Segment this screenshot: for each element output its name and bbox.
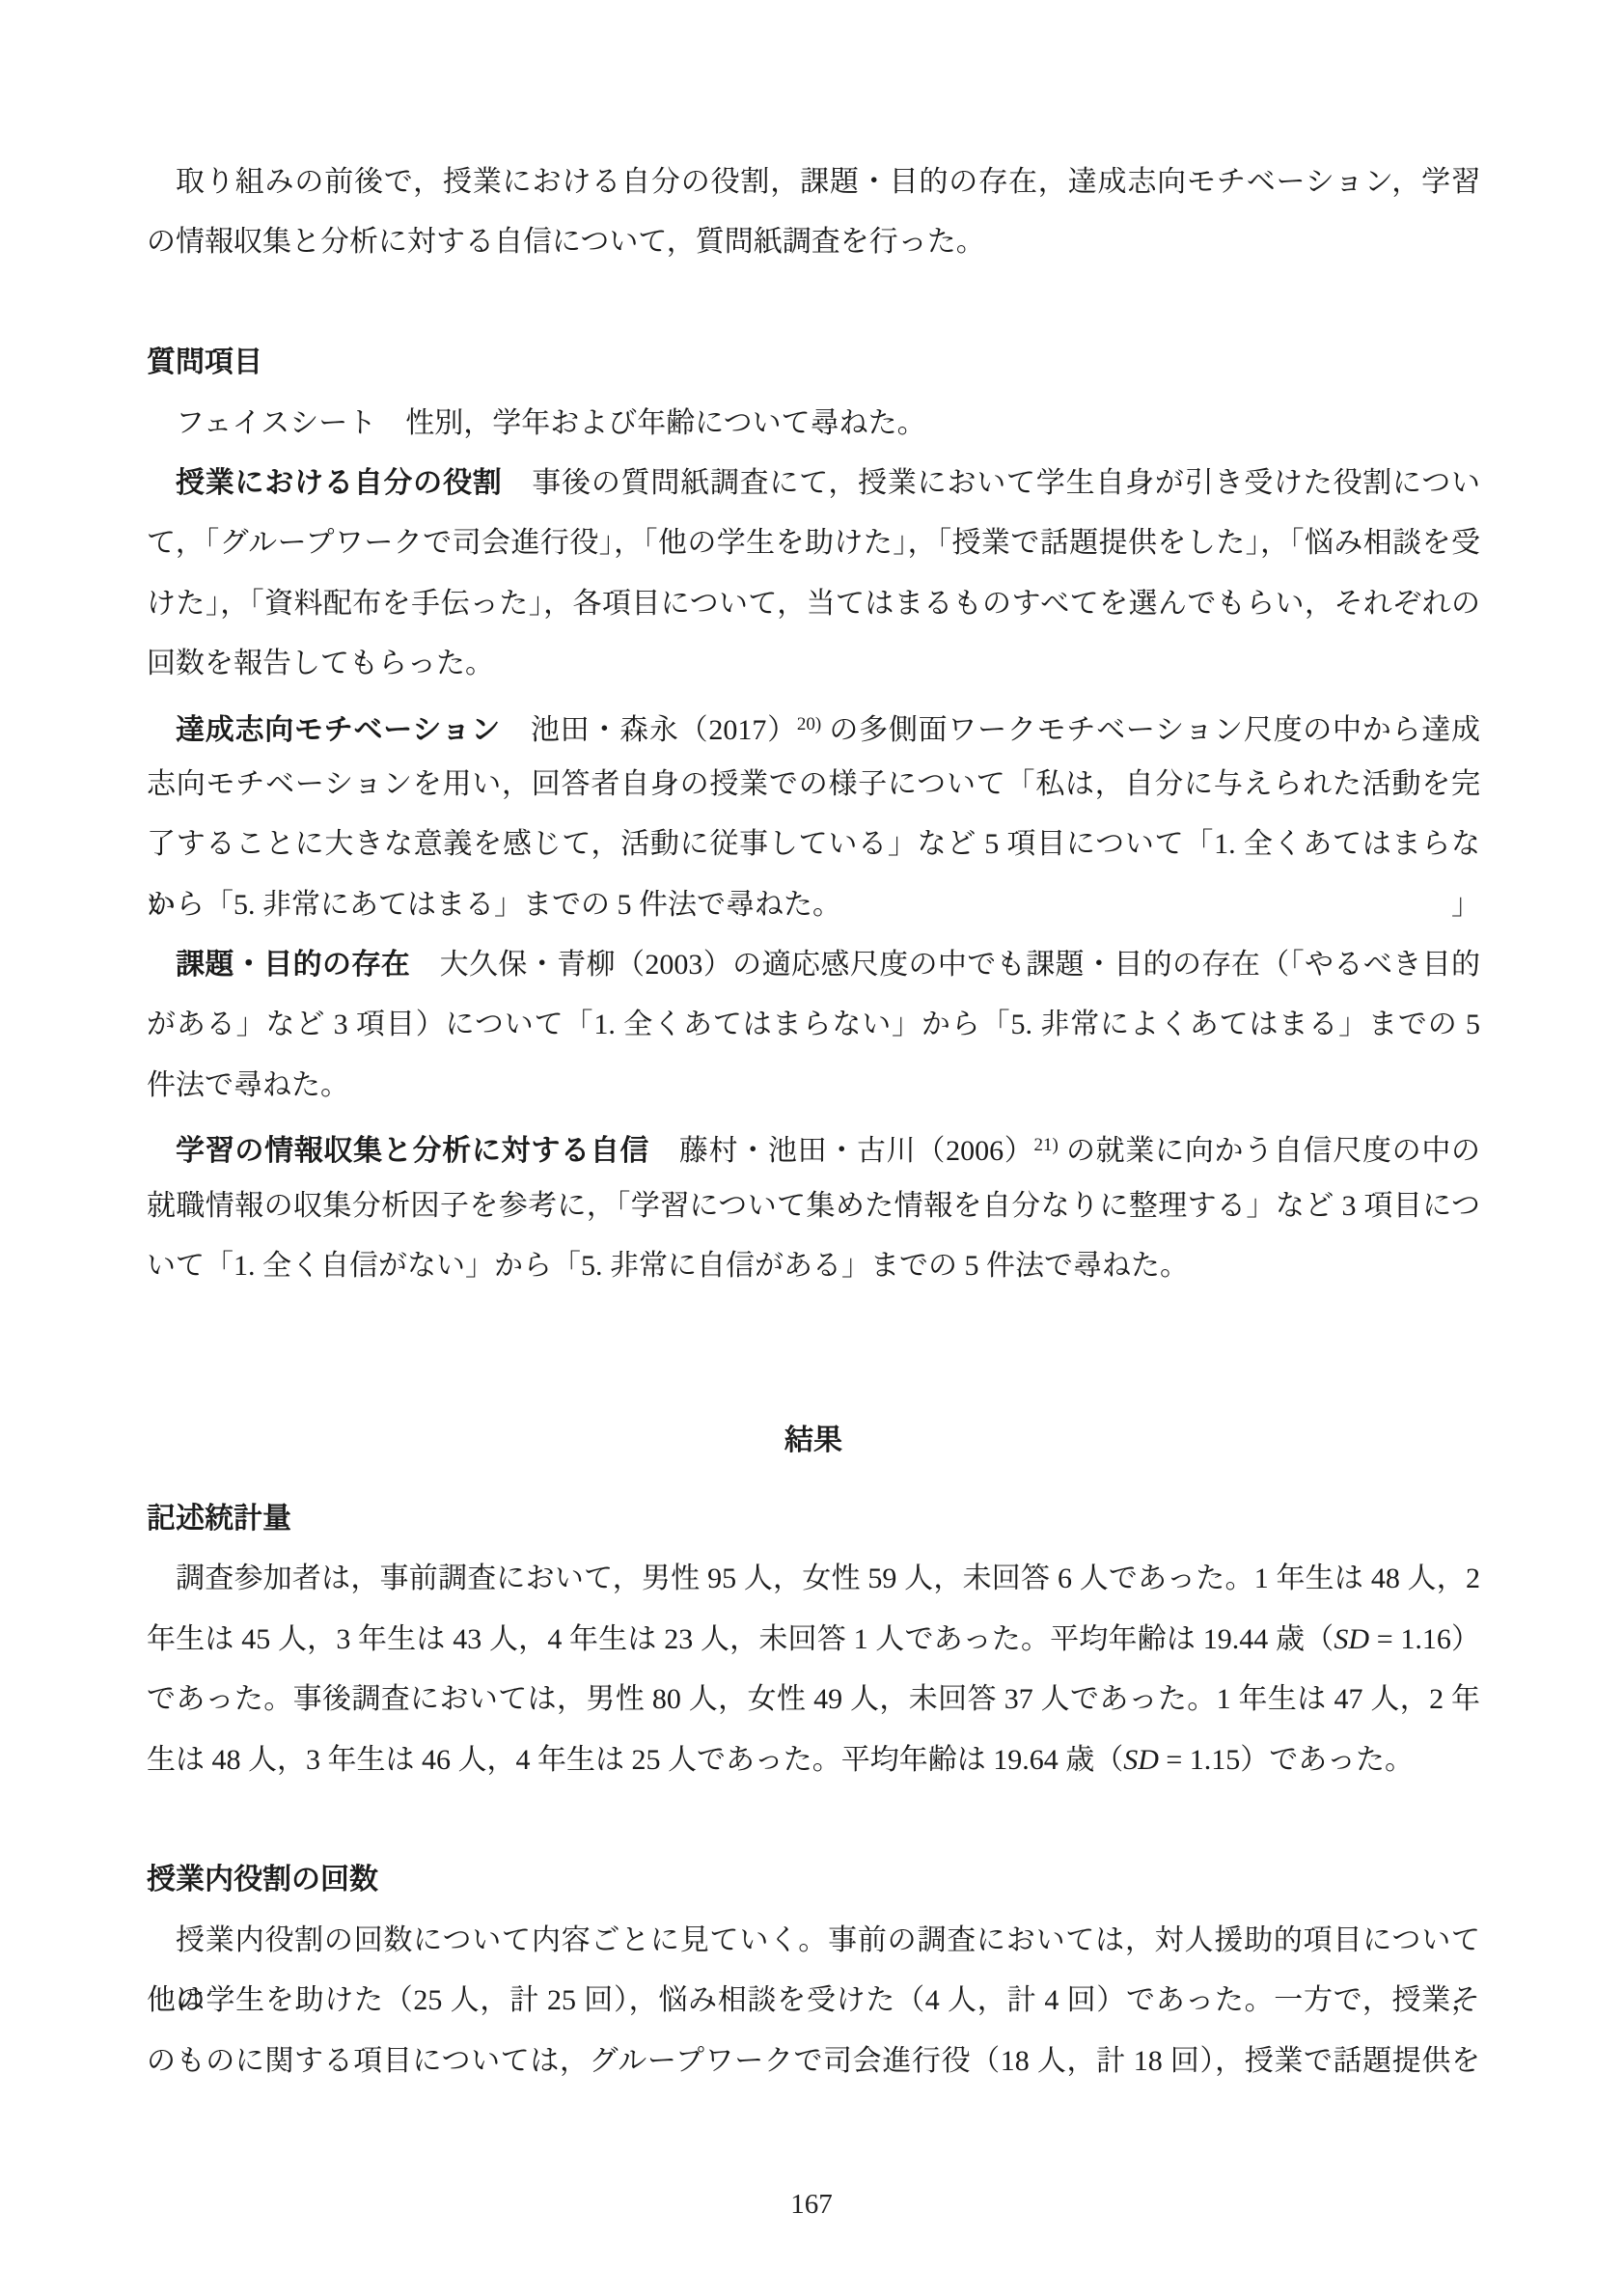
- intro-paragraph: 取り組みの前後で，授業における自分の役割，課題・目的の存在，達成志向モチベーショ…: [147, 152, 1480, 273]
- text-segment: 回数を報告してもらった。: [147, 648, 494, 679]
- text-line: 生は 48 人，3 年生は 46 人，4 年生は 25 人であった。平均年齢は …: [147, 1730, 1480, 1790]
- text-segment: て，「グループワークで司会進行役」，「他の学生を助けた」，「授業で話題提供をした…: [147, 527, 1480, 559]
- text-line: 授業内役割の回数について内容ごとに見ていく。事前の調査においては，対人援助的項目…: [147, 1911, 1480, 1971]
- text-segment: 取り組みの前後で，授業における自分の役割，課題・目的の存在，達成志向モチベーショ…: [176, 166, 1480, 198]
- text-line: 件法で尋ねた。: [147, 1056, 1480, 1116]
- heading-question-items: 質問項目: [147, 333, 1480, 393]
- text-segment: けた」，「資料配布を手伝った」，各項目について，当てはまるものすべてを選んでもら…: [147, 588, 1480, 620]
- confidence-paragraph: 学習の情報収集と分析に対する自信藤村・池田・古川（2006）21) の就業に向か…: [147, 1116, 1480, 1296]
- text-line: 了することに大きな意義を感じて，活動に従事している」など 5 項目について「1.…: [147, 815, 1480, 874]
- text-segment: 年生は 45 人，3 年生は 43 人，4 年生は 23 人，未回答 1 人であ…: [147, 1623, 1334, 1655]
- text-segment: 志向モチベーションを用い，回答者自身の授業での様子について「私は，自分に与えられ…: [147, 768, 1480, 800]
- text-segment: であった。事後調査においては，男性 80 人，女性 49 人，未回答 37 人で…: [147, 1683, 1480, 1715]
- text-segment: 生は 48 人，3 年生は 46 人，4 年生は 25 人であった。平均年齢は …: [147, 1744, 1123, 1776]
- text-line: の情報収集と分析に対する自信について，質問紙調査を行った。: [147, 212, 1480, 272]
- text-line: 志向モチベーションを用い，回答者自身の授業での様子について「私は，自分に与えられ…: [147, 755, 1480, 815]
- text-line: 就職情報の収集分析因子を参考に，「学習について集めた情報を自分なりに整理する」な…: [147, 1176, 1480, 1236]
- text-line: 結果: [147, 1411, 1480, 1471]
- text-line: がある」など 3 項目）について「1. 全くあてはまらない」から「5. 非常によ…: [147, 995, 1480, 1055]
- face-sheet-paragraph: フェイスシート性別，学年および年齢について尋ねた。: [147, 394, 1480, 454]
- text-segment: 事後の質問紙調査にて，授業において学生自身が引き受けた役割につい: [532, 467, 1481, 499]
- text-segment: = 1.15）であった。: [1159, 1744, 1414, 1776]
- text-segment: = 1.16）: [1369, 1623, 1480, 1655]
- participants-paragraph: 調査参加者は，事前調査において，男性 95 人，女性 59 人，未回答 6 人で…: [147, 1549, 1480, 1790]
- text-segment: 池田・森永（2017）: [530, 714, 797, 746]
- text-line: 学習の情報収集と分析に対する自信藤村・池田・古川（2006）21) の就業に向か…: [147, 1116, 1480, 1176]
- text-segment: フェイスシート: [176, 407, 376, 439]
- text-line: けた」，「資料配布を手伝った」，各項目について，当てはまるものすべてを選んでもら…: [147, 574, 1480, 634]
- text-line: 回数を報告してもらった。: [147, 634, 1480, 694]
- text-line: いて「1. 全く自信がない」から「5. 非常に自信がある」までの 5 件法で尋ね…: [147, 1236, 1480, 1296]
- text-segment: 達成志向モチベーション: [176, 714, 501, 746]
- text-segment: の多側面ワークモチベーション尺度の中から達成: [821, 714, 1480, 746]
- class-role-counts-paragraph: 授業内役割の回数について内容ごとに見ていく。事前の調査においては，対人援助的項目…: [147, 1911, 1480, 2091]
- text-line: 調査参加者は，事前調査において，男性 95 人，女性 59 人，未回答 6 人で…: [147, 1549, 1480, 1609]
- text-segment: のものに関する項目については，グループワークで司会進行役（18 人，計 18 回…: [147, 2045, 1480, 2077]
- achievement-motivation-paragraph: 達成志向モチベーション池田・森永（2017）20) の多側面ワークモチベーション…: [147, 695, 1480, 936]
- text-line: 記述統計量: [147, 1489, 1480, 1549]
- text-line: 年生は 45 人，3 年生は 43 人，4 年生は 23 人，未回答 1 人であ…: [147, 1610, 1480, 1670]
- page-body: 取り組みの前後で，授業における自分の役割，課題・目的の存在，達成志向モチベーショ…: [147, 152, 1480, 2091]
- text-segment: 性別，学年および年齢について尋ねた。: [405, 407, 925, 439]
- text-segment: 他の学生を助けた（25 人，計 25 回），悩み相談を受けた（4 人，計 4 回…: [147, 1984, 1480, 2016]
- text-segment: 就職情報の収集分析因子を参考に，「学習について集めた情報を自分なりに整理する」な…: [147, 1190, 1480, 1222]
- heading-class-role-counts: 授業内役割の回数: [147, 1850, 1480, 1910]
- text-segment: 件法で尋ねた。: [147, 1069, 349, 1101]
- text-line: フェイスシート性別，学年および年齢について尋ねた。: [147, 394, 1480, 454]
- text-segment: 授業内役割の回数: [147, 1864, 378, 1895]
- text-line: 授業内役割の回数: [147, 1850, 1480, 1910]
- text-segment: SD: [1123, 1744, 1159, 1776]
- text-line: 他の学生を助けた（25 人，計 25 回），悩み相談を受けた（4 人，計 4 回…: [147, 1971, 1480, 2031]
- text-segment: がある」など 3 項目）について「1. 全くあてはまらない」から「5. 非常によ…: [147, 1009, 1480, 1040]
- text-line: 授業における自分の役割事後の質問紙調査にて，授業において学生自身が引き受けた役割…: [147, 454, 1480, 513]
- heading-descriptive-statistics: 記述統計量: [147, 1489, 1480, 1549]
- text-line: 課題・目的の存在大久保・青柳（2003）の適応感尺度の中でも課題・目的の存在（「…: [147, 935, 1480, 995]
- text-line: 質問項目: [147, 333, 1480, 393]
- text-segment: SD: [1334, 1623, 1369, 1655]
- text-segment: 藤村・池田・古川（2006）: [678, 1135, 1033, 1167]
- text-line: 達成志向モチベーション池田・森永（2017）20) の多側面ワークモチベーション…: [147, 695, 1480, 755]
- text-segment: 大久保・青柳（2003）の適応感尺度の中でも課題・目的の存在（「やるべき目的: [439, 949, 1480, 981]
- text-line: のものに関する項目については，グループワークで司会進行役（18 人，計 18 回…: [147, 2032, 1480, 2091]
- text-segment: 学習の情報収集と分析に対する自信: [176, 1135, 649, 1167]
- text-segment: の就業に向かう自信尺度の中の: [1059, 1135, 1480, 1167]
- text-line: であった。事後調査においては，男性 80 人，女性 49 人，未回答 37 人で…: [147, 1670, 1480, 1729]
- text-line: 取り組みの前後で，授業における自分の役割，課題・目的の存在，達成志向モチベーショ…: [147, 152, 1480, 212]
- text-segment: 21): [1033, 1135, 1058, 1155]
- text-segment: 結果: [784, 1425, 842, 1456]
- text-line: て，「グループワークで司会進行役」，「他の学生を助けた」，「授業で話題提供をした…: [147, 513, 1480, 573]
- text-segment: 質問項目: [147, 346, 262, 378]
- role-in-class-paragraph: 授業における自分の役割事後の質問紙調査にて，授業において学生自身が引き受けた役割…: [147, 454, 1480, 695]
- text-segment: 記述統計量: [147, 1503, 291, 1535]
- text-segment: 課題・目的の存在: [176, 949, 410, 981]
- task-purpose-paragraph: 課題・目的の存在大久保・青柳（2003）の適応感尺度の中でも課題・目的の存在（「…: [147, 935, 1480, 1116]
- paper-page: 取り組みの前後で，授業における自分の役割，課題・目的の存在，達成志向モチベーショ…: [0, 0, 1623, 2296]
- heading-results: 結果: [147, 1411, 1480, 1471]
- text-segment: いて「1. 全く自信がない」から「5. 非常に自信がある」までの 5 件法で尋ね…: [147, 1250, 1189, 1282]
- page-number: 167: [0, 2183, 1623, 2226]
- text-segment: 授業における自分の役割: [176, 467, 503, 499]
- text-segment: 20): [797, 714, 821, 734]
- text-segment: 調査参加者は，事前調査において，男性 95 人，女性 59 人，未回答 6 人で…: [176, 1563, 1480, 1594]
- text-segment: から「5. 非常にあてはまる」までの 5 件法で尋ねた。: [147, 889, 841, 921]
- text-segment: の情報収集と分析に対する自信について，質問紙調査を行った。: [147, 226, 985, 258]
